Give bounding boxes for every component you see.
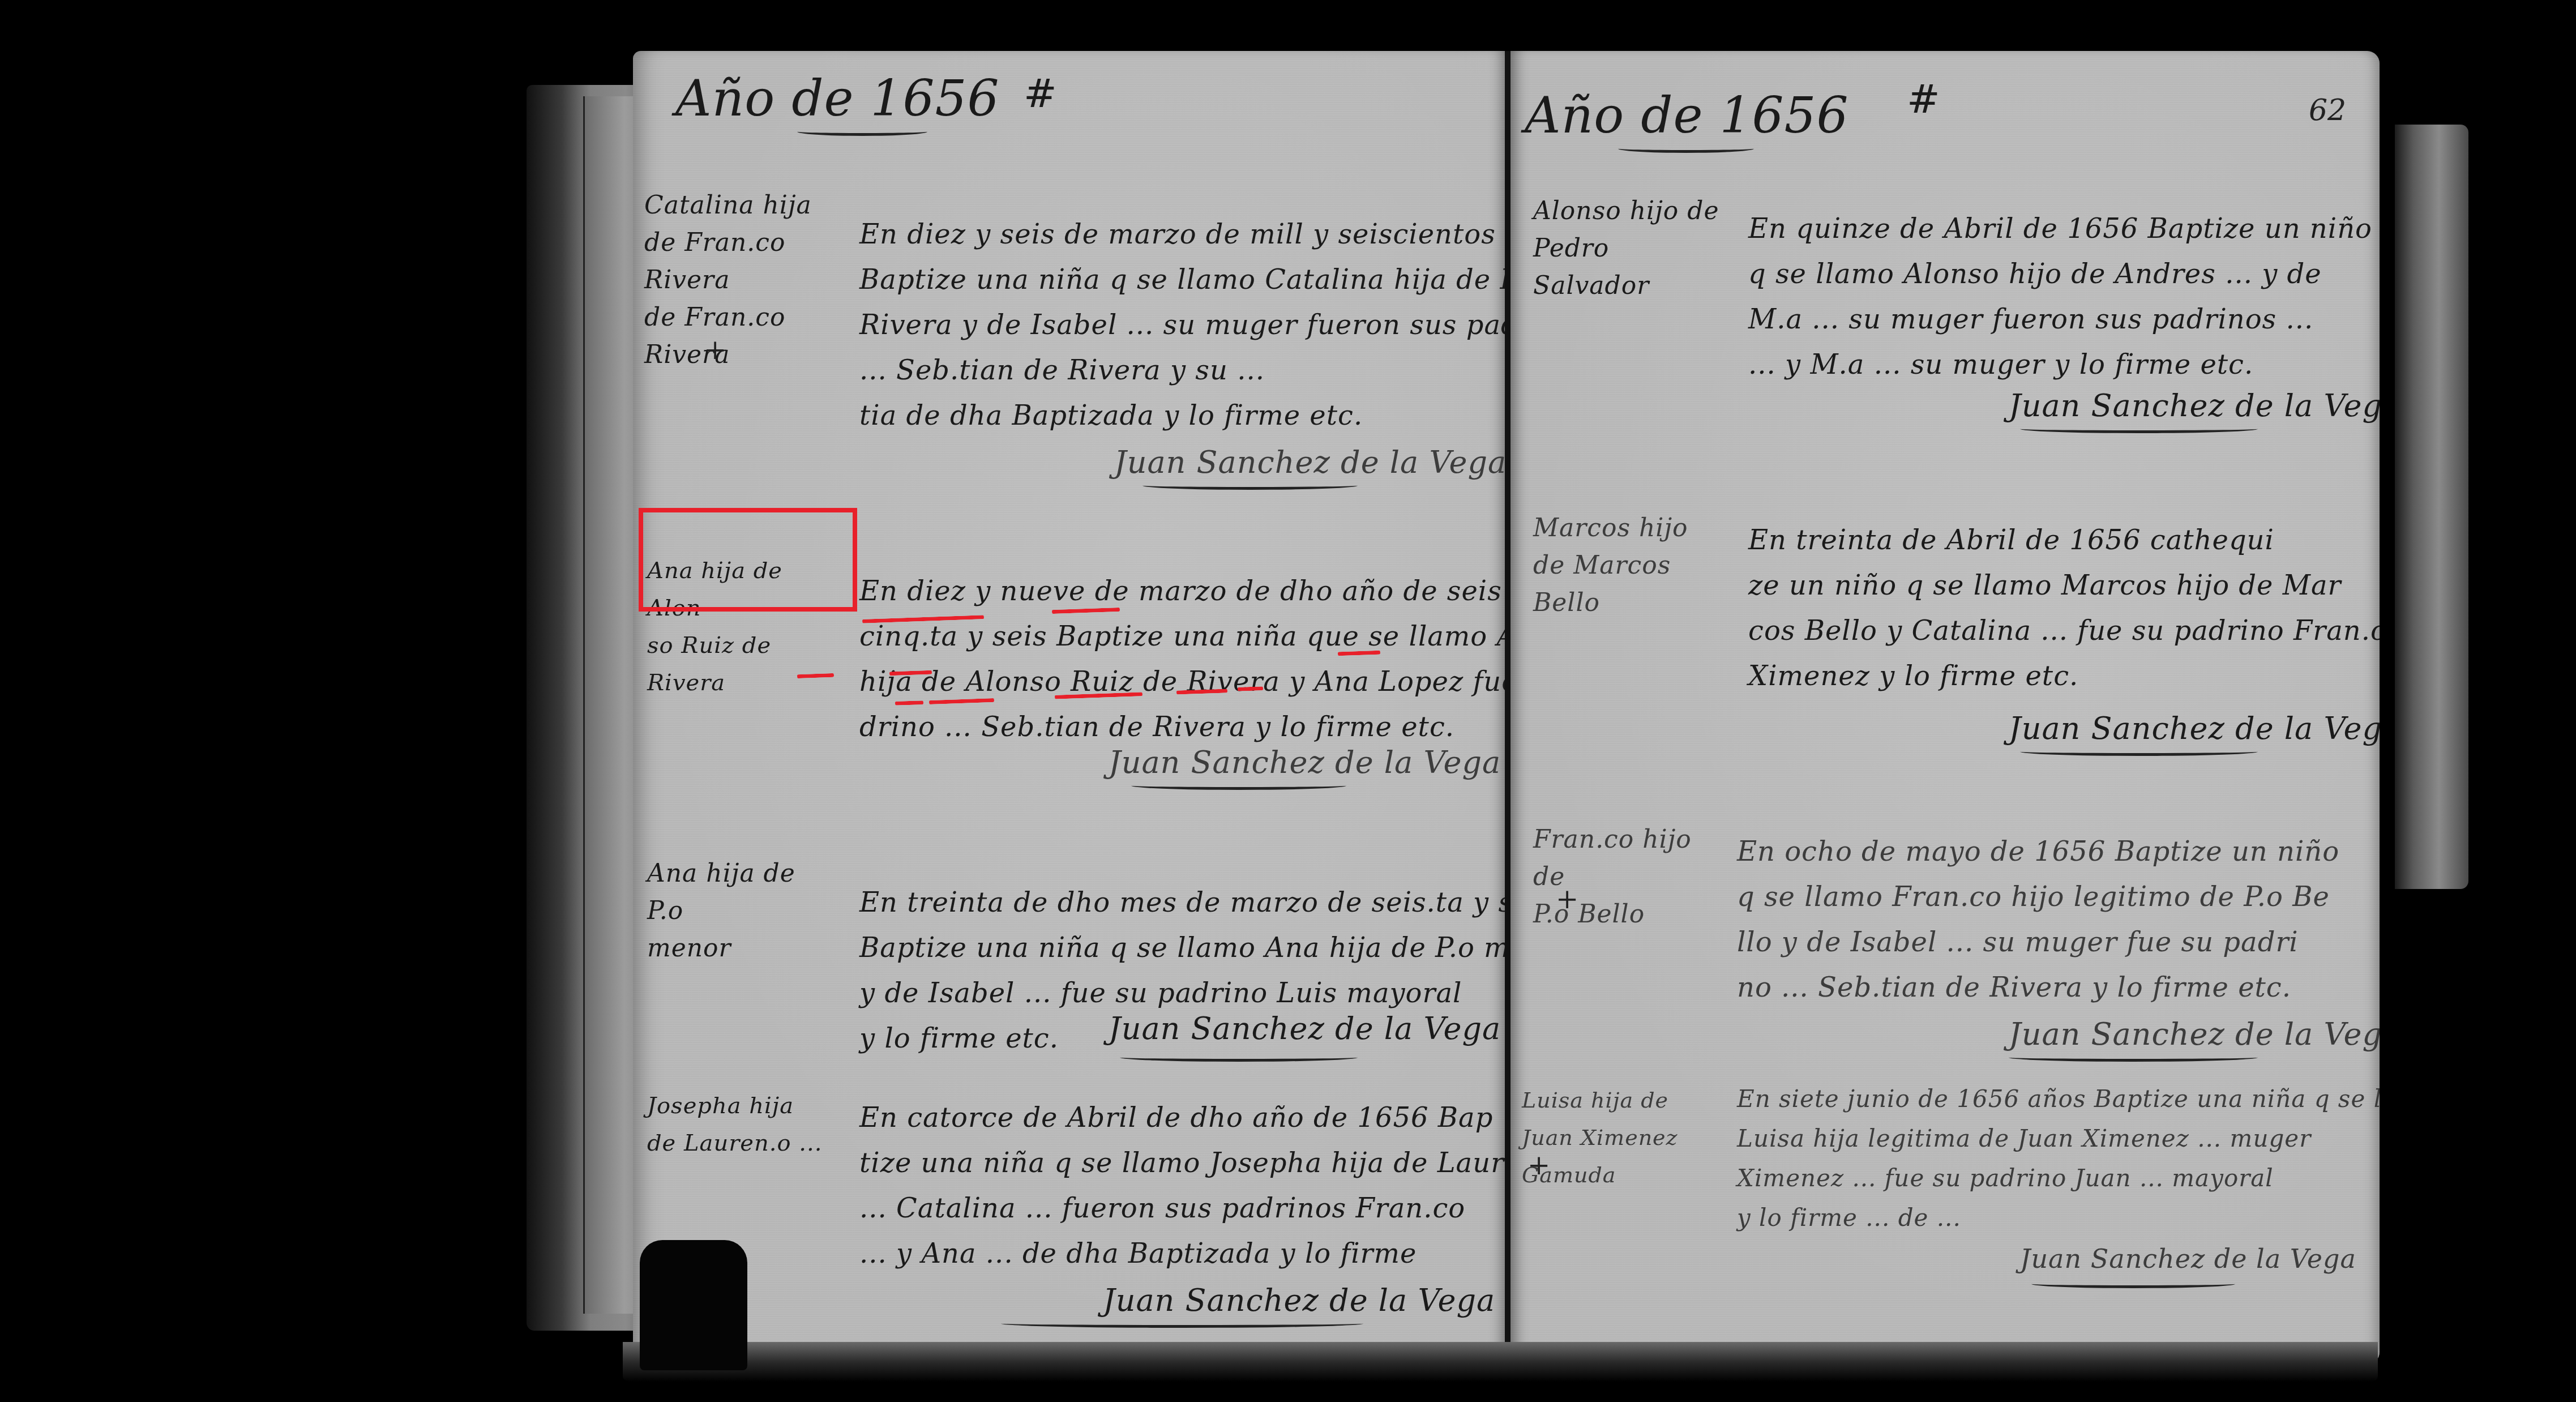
signature-entry-4: Juan Sanchez de la Vega (1103, 1285, 1495, 1316)
margin-note-entry-1: Catalina hija de Fran.co Rivera de Fran.… (644, 187, 831, 374)
signature-right-entry-4: Juan Sanchez de la Vega (2020, 1246, 2356, 1272)
scanner-thumb-shadow (640, 1240, 747, 1370)
signature-entry-1: Juan Sanchez de la Vega (1114, 447, 1507, 478)
header-underline (1618, 144, 1754, 153)
right-entry-3-line-4: no ... Seb.tian de Rivera y lo firme etc… (1737, 974, 2291, 1001)
left-header-mark: # (1024, 74, 1058, 113)
signature-right-entry-2: Juan Sanchez de la Vega (2009, 713, 2380, 744)
margin-note-line: Josepha hija (647, 1087, 834, 1125)
entry-4-line-3: ... Catalina ... fueron sus padrinos Fra… (859, 1195, 1465, 1222)
right-entry-2-line-2: ze un niño q se llamo Marcos hijo de Mar (1748, 572, 2341, 599)
entry-3-line-4: y lo firme etc. (859, 1025, 1059, 1052)
signature-flourish (2009, 1053, 2258, 1062)
entry-1-line-2: Baptize una niña q se llamo Catalina hij… (859, 266, 1508, 293)
image-viewer: Año de 1656 # Catalina hija de Fran.co R… (0, 0, 2576, 1402)
right-entry-3-line-2: q se llamo Fran.co hijo legitimo de P.o … (1737, 883, 2330, 911)
stacked-pages-right (2395, 125, 2468, 889)
entry-1-line-1: En diez y seis de marzo de mill y seisci… (859, 221, 1508, 248)
red-underline (1052, 608, 1120, 614)
margin-note-line: Ana hija de P.o (647, 855, 834, 930)
right-entry-2-line-3: cos Bello y Catalina ... fue su padrino … (1748, 617, 2380, 644)
signature-flourish (1131, 781, 1346, 790)
margin-note-line: Pedro Salvador (1533, 230, 1720, 305)
right-header-mark: # (1907, 79, 1941, 119)
margin-note-line: de Fran.co Rivera (644, 224, 831, 299)
right-page-header: Año de 1656 (1525, 91, 1849, 140)
right-entry-4-line-4: y lo firme ... de ... (1737, 1206, 1961, 1230)
entry-4-line-1: En catorce de Abril de dho año de 1656 B… (859, 1104, 1493, 1131)
right-entry-1-line-1: En quinze de Abril de 1656 Baptize un ni… (1748, 215, 2372, 242)
margin-note-line: de Marcos Bello (1533, 547, 1720, 622)
entry-2-line-4: drino ... Seb.tian de Rivera y lo firme … (859, 713, 1454, 741)
margin-note-right-entry-3: Fran.co hijo de P.o Bello (1533, 821, 1720, 933)
margin-note-right-entry-1: Alonso hijo de Pedro Salvador (1533, 193, 1720, 305)
cross-mark: + (1556, 883, 1578, 915)
entry-1-line-4: ... Seb.tian de Rivera y su ... (859, 357, 1265, 384)
entry-4-line-4: ... y Ana ... de dha Baptizada y lo firm… (859, 1240, 1417, 1267)
signature-entry-3: Juan Sanchez de la Vega (1109, 1014, 1501, 1044)
open-register-book: Año de 1656 # Catalina hija de Fran.co R… (510, 23, 2502, 1382)
right-entry-2-line-4: Ximenez y lo firme etc. (1748, 662, 2078, 690)
entry-1-line-5: tia de dha Baptizada y lo firme etc. (859, 402, 1363, 429)
signature-right-entry-1: Juan Sanchez de la Vega (2009, 391, 2380, 421)
entry-4-line-2: tize una niña q se llamo Josepha hija de… (859, 1149, 1508, 1177)
margin-note-line: Marcos hijo (1533, 510, 1720, 547)
right-entry-3-line-3: llo y de Isabel ... su muger fue su padr… (1737, 929, 2299, 956)
margin-note-right-entry-2: Marcos hijo de Marcos Bello (1533, 510, 1720, 622)
left-page: Año de 1656 # Catalina hija de Fran.co R… (633, 51, 1508, 1365)
left-page-header: Año de 1656 (675, 74, 1000, 123)
red-underline (1338, 651, 1380, 656)
header-underline (797, 127, 927, 136)
signature-flourish (1120, 1053, 1358, 1062)
margin-note-entry-4: Josepha hija de Lauren.o ... (647, 1087, 834, 1162)
page-number: 62 (2309, 93, 2346, 127)
signature-flourish (2020, 747, 2258, 756)
cross-mark: + (704, 334, 726, 366)
signature-right-entry-3: Juan Sanchez de la Vega (2009, 1019, 2380, 1050)
right-entry-1-line-3: M.a ... su muger fueron sus padrinos ... (1748, 306, 2313, 333)
book-bottom-edge (623, 1342, 2378, 1382)
signature-flourish (2031, 1280, 2235, 1288)
signature-flourish (2020, 425, 2258, 433)
entry-3-line-1: En treinta de dho mes de marzo de seis.t… (859, 889, 1508, 916)
entry-2-line-2: cinq.ta y seis Baptize una niña que se l… (859, 623, 1508, 650)
right-entry-1-line-2: q se llamo Alonso hijo de Andres ... y d… (1748, 260, 2322, 288)
red-underline (929, 698, 994, 704)
right-entry-1-line-4: ... y M.a ... su muger y lo firme etc. (1748, 351, 2253, 378)
margin-note-line: Luisa hija de (1522, 1082, 1709, 1119)
right-entry-4-line-2: Luisa hija legitima de Juan Ximenez ... … (1737, 1127, 2311, 1151)
entry-3-line-2: Baptize una niña q se llamo Ana hija de … (859, 934, 1508, 961)
margin-note-line: de Fran.co Rivera (644, 299, 831, 374)
signature-flourish (1142, 481, 1358, 490)
red-underline (895, 700, 923, 706)
margin-note-line: so Ruiz de Rivera (647, 627, 834, 702)
margin-note-line: de Lauren.o ... (647, 1125, 834, 1162)
right-page: Año de 1656 # 62 Alonso hijo de Pedro Sa… (1510, 51, 2380, 1365)
margin-note-line: Catalina hija (644, 187, 831, 224)
right-entry-4-line-3: Ximenez ... fue su padrino Juan ... mayo… (1737, 1166, 2274, 1190)
cross-mark: + (1527, 1149, 1550, 1181)
right-entry-2-line-1: En treinta de Abril de 1656 cathequi (1748, 527, 2274, 554)
highlight-annotation-box (639, 508, 857, 612)
right-entry-4-line-1: En siete junio de 1656 años Baptize una … (1737, 1087, 2380, 1111)
entry-3-line-3: y de Isabel ... fue su padrino Luis mayo… (859, 980, 1462, 1007)
entry-2-line-1: En diez y nueve de marzo de dho año de s… (859, 578, 1508, 605)
margin-note-entry-3: Ana hija de P.o menor (647, 855, 834, 967)
entry-1-line-3: Rivera y de Isabel ... su muger fueron s… (859, 311, 1508, 339)
signature-entry-2: Juan Sanchez de la Vega (1109, 747, 1501, 778)
margin-note-line: Alonso hijo de (1533, 193, 1720, 230)
margin-note-line: menor (647, 930, 834, 967)
signature-flourish (1001, 1319, 1363, 1328)
right-entry-3-line-1: En ocho de mayo de 1656 Baptize un niño (1737, 838, 2339, 865)
